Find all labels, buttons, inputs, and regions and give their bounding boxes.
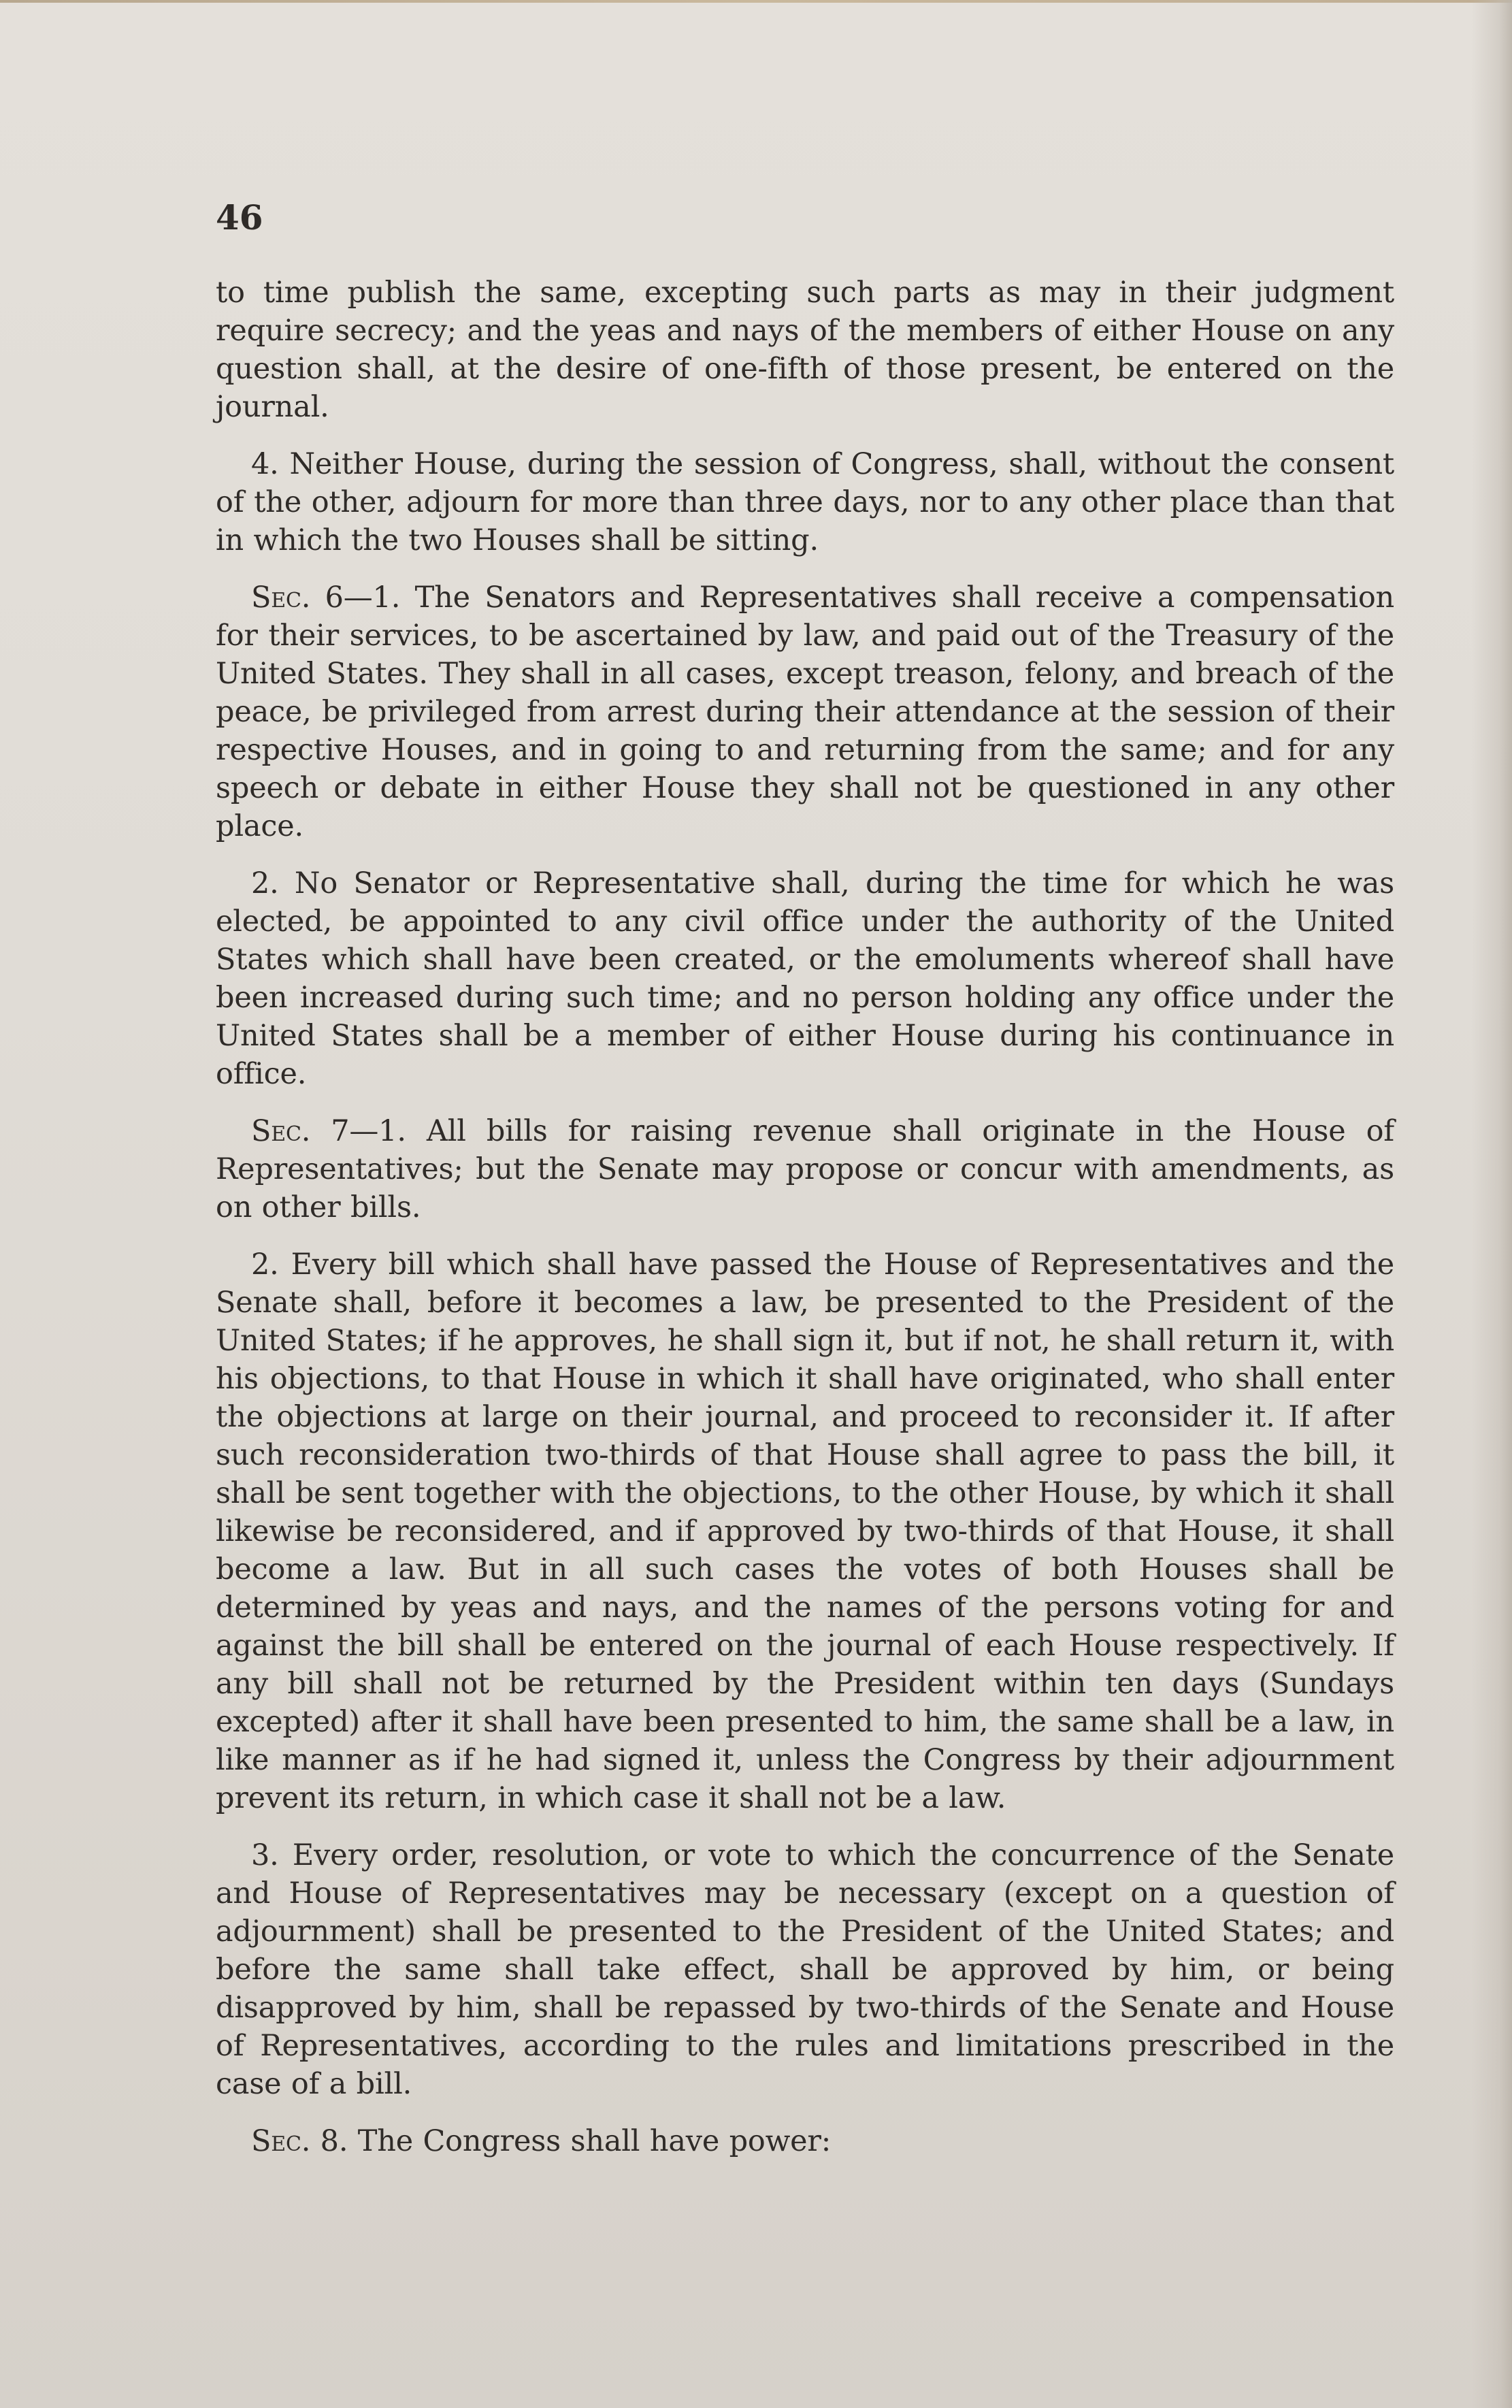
paragraph-section-7-clause-2: 2. Every bill which shall have passed th…: [216, 1246, 1394, 1817]
paragraph-text: 7—1. All bills for raising revenue shall…: [216, 1114, 1394, 1224]
paragraph-section-7-clause-1: Sec. 7—1. All bills for raising revenue …: [216, 1112, 1394, 1226]
paragraph-text: 2. No Senator or Representative shall, d…: [216, 866, 1394, 1091]
section-label: Sec.: [251, 581, 310, 615]
section-label: Sec.: [251, 2124, 310, 2158]
paragraph-section-6-clause-1: Sec. 6—1. The Senators and Representativ…: [216, 579, 1394, 845]
section-label: Sec.: [251, 1114, 310, 1148]
body-text: to time publish the same, excepting such…: [216, 274, 1394, 2160]
page-binding-shadow: [1471, 0, 1512, 2408]
paragraph-section-8-intro: Sec. 8. The Congress shall have power:: [216, 2122, 1394, 2160]
paragraph-text: 2. Every bill which shall have passed th…: [216, 1248, 1394, 1815]
paragraph-clause-4-adjournment: 4. Neither House, during the session of …: [216, 445, 1394, 559]
paragraph-text: 3. Every order, resolution, or vote to w…: [216, 1838, 1394, 2101]
paragraph-text: 6—1. The Senators and Representatives sh…: [216, 581, 1394, 843]
paragraph-text: 8. The Congress shall have power:: [310, 2124, 831, 2158]
paragraph-section-6-clause-2: 2. No Senator or Representative shall, d…: [216, 864, 1394, 1093]
paragraph-section-7-clause-3: 3. Every order, resolution, or vote to w…: [216, 1836, 1394, 2103]
paragraph-text: to time publish the same, excepting such…: [216, 276, 1394, 424]
paragraph-continuation-journal: to time publish the same, excepting such…: [216, 274, 1394, 426]
page-top-edge: [0, 0, 1512, 3]
page-number: 46: [216, 197, 263, 238]
paragraph-text: 4. Neither House, during the session of …: [216, 447, 1394, 557]
